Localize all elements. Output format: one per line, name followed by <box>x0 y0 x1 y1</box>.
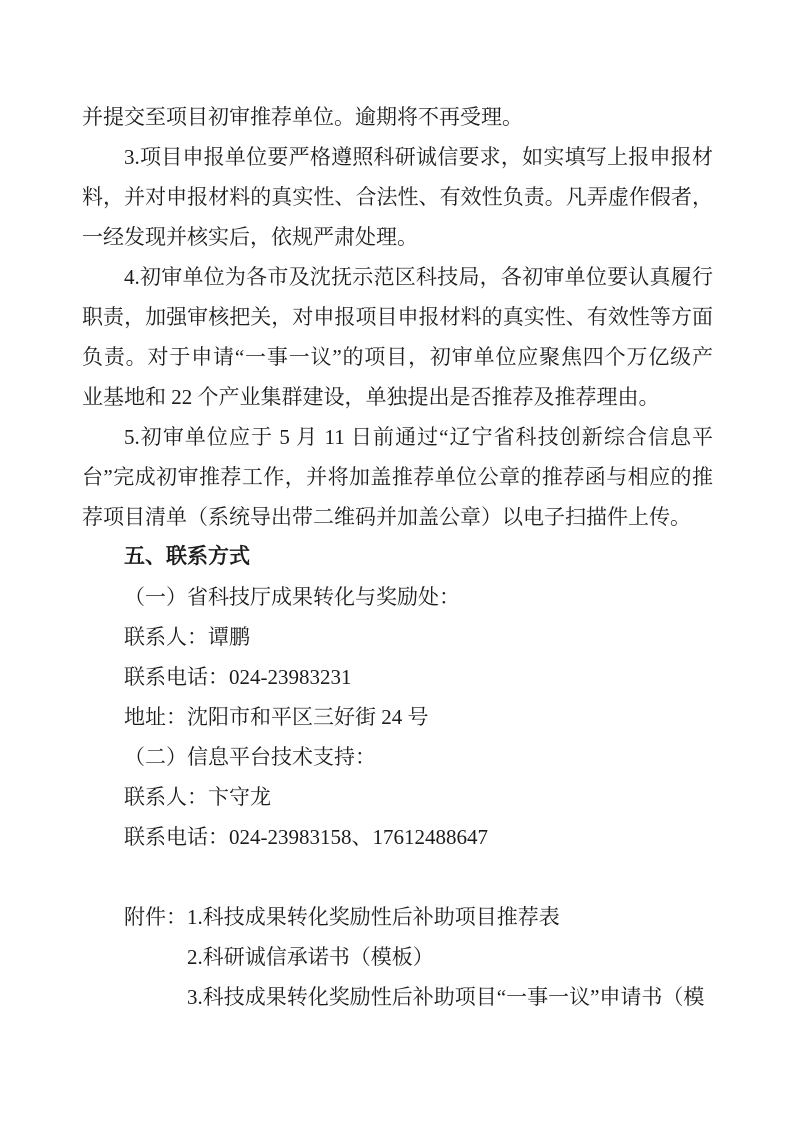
document-page: 并提交至项目初审推荐单位。逾期将不再受理。 3.项目申报单位要严格遵照科研诚信要… <box>0 0 794 1123</box>
paragraph-line: 台”完成初审推荐工作，并将加盖推荐单位公章的推荐函与相应的推 <box>82 457 713 497</box>
contact-person: 联系人：卞守龙 <box>82 777 713 817</box>
paragraph-line: 职责，加强审核把关，对申报项目申报材料的真实性、有效性等方面 <box>82 297 713 337</box>
paragraph-line: 3.项目申报单位要严格遵照科研诚信要求，如实填写上报申报材 <box>82 137 713 177</box>
paragraph-line: 负责。对于申请“一事一议”的项目，初审单位应聚焦四个万亿级产 <box>82 337 713 377</box>
contact-title: （一）省科技厅成果转化与奖励处： <box>82 577 713 617</box>
attachment-item-line: 附件：1.科技成果转化奖励性后补助项目推荐表 <box>82 897 713 937</box>
attachment-item: 1.科技成果转化奖励性后补助项目推荐表 <box>187 905 560 929</box>
attachments-label: 附件： <box>124 905 187 929</box>
paragraph-line: 4.初审单位为各市及沈抚示范区科技局，各初审单位要认真履行 <box>82 257 713 297</box>
paragraph-line: 业基地和 22 个产业集群建设，单独提出是否推荐及推荐理由。 <box>82 377 713 417</box>
attachment-item-line: 3.科技成果转化奖励性后补助项目“一事一议”申请书（模 <box>82 977 713 1017</box>
contact-address: 地址：沈阳市和平区三好街 24 号 <box>82 697 713 737</box>
contact-phone: 联系电话：024-23983231 <box>82 657 713 697</box>
contact-title: （二）信息平台技术支持： <box>82 737 713 777</box>
paragraph-line: 一经发现并核实后，依规严肃处理。 <box>82 217 713 257</box>
contact-phone: 联系电话：024-23983158、17612488647 <box>82 817 713 857</box>
paragraph-line: 荐项目清单（系统导出带二维码并加盖公章）以电子扫描件上传。 <box>82 497 713 537</box>
blank-line <box>82 857 713 897</box>
attachment-item-line: 2.科研诚信承诺书（模板） <box>82 937 713 977</box>
section-heading-contact: 五、联系方式 <box>82 537 713 577</box>
paragraph-line: 并提交至项目初审推荐单位。逾期将不再受理。 <box>82 97 713 137</box>
contact-person: 联系人：谭鹏 <box>82 617 713 657</box>
paragraph-line: 5.初审单位应于 5 月 11 日前通过“辽宁省科技创新综合信息平 <box>82 417 713 457</box>
paragraph-line: 料，并对申报材料的真实性、合法性、有效性负责。凡弄虚作假者， <box>82 177 713 217</box>
